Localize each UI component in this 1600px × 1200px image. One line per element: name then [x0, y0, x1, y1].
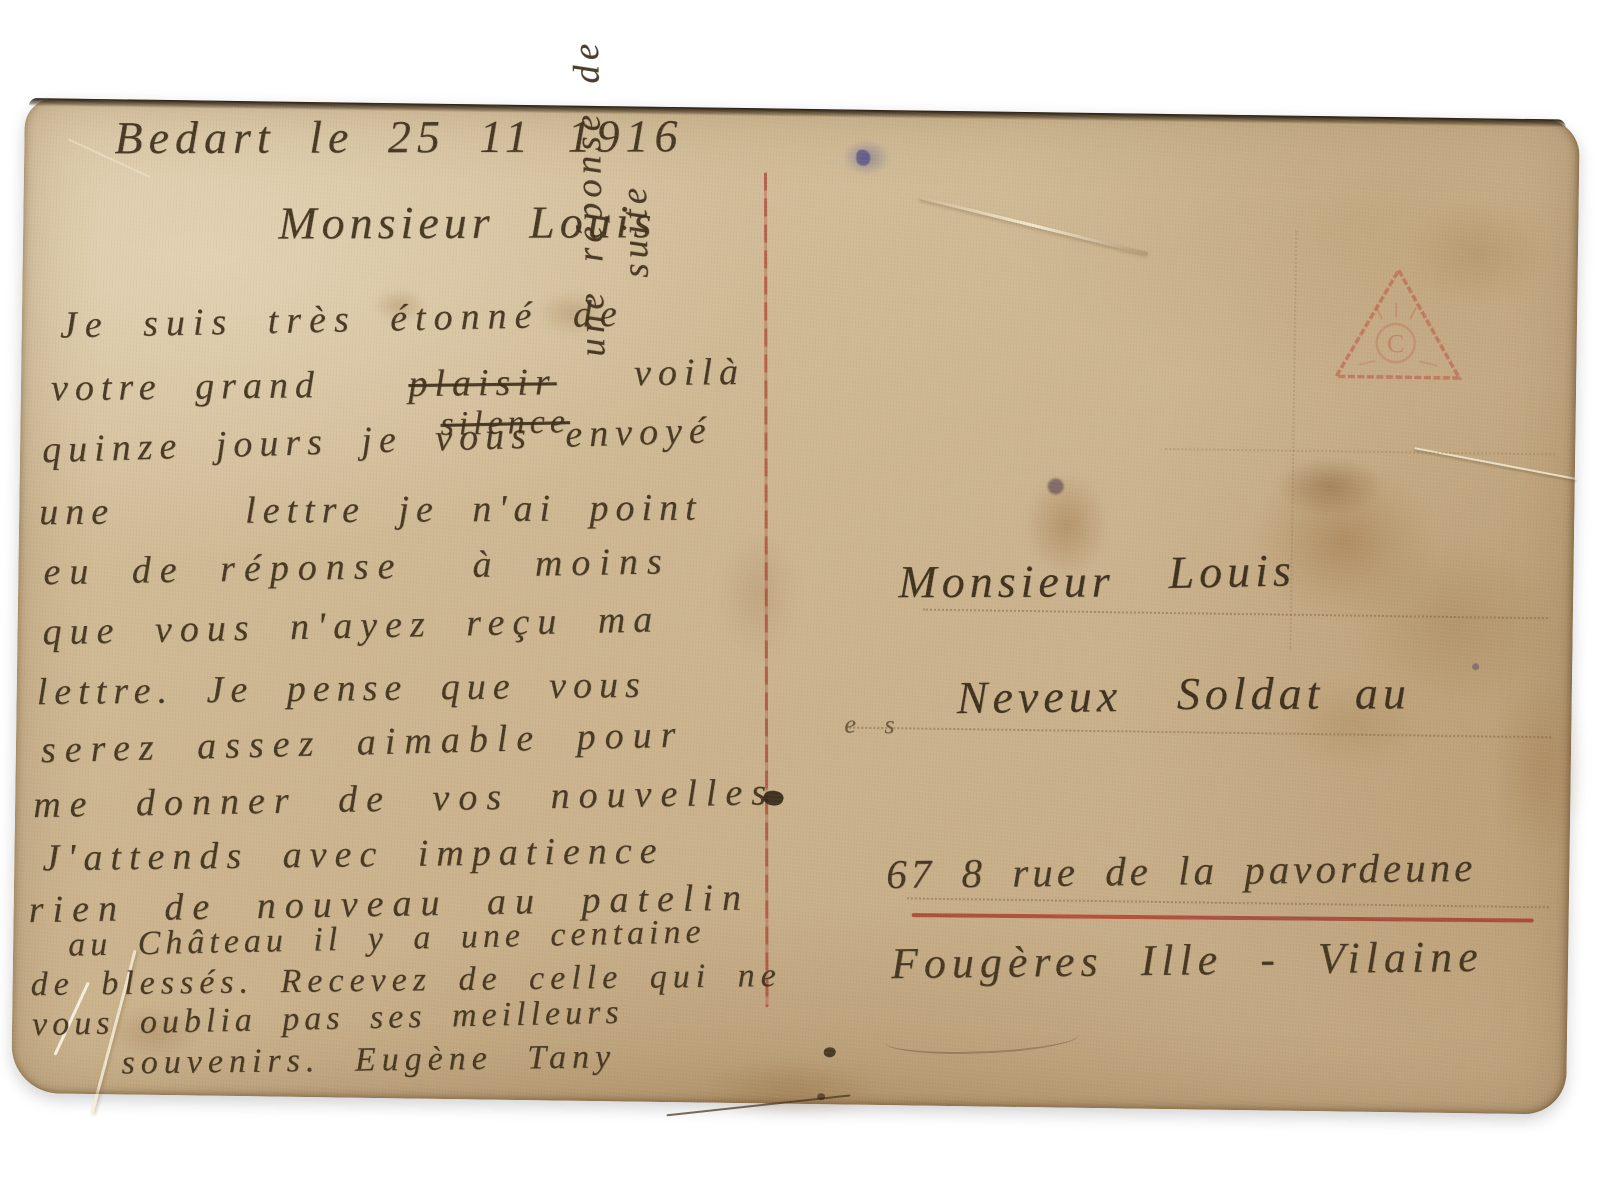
message-line: me donner de vos nouvelles	[33, 770, 776, 827]
ink-speck	[817, 1093, 825, 1100]
blue-ink-smudge-core	[856, 150, 870, 166]
address-dotted-line	[907, 897, 1549, 908]
ink-speck	[1472, 663, 1479, 670]
message-line: eu de réponse à moins	[43, 539, 671, 594]
message-line: J'attends avec impatience	[42, 829, 665, 881]
censor-stamp-icon: C	[1329, 264, 1467, 386]
message-line: Je suis très étonné de	[59, 292, 625, 348]
address-street: 67 8 rue de la pavordeune	[886, 843, 1477, 898]
address-dotted-line	[1165, 448, 1555, 455]
stain	[1248, 460, 1440, 623]
message-line: que vous n'ayez reçu ma	[42, 597, 661, 654]
address-recipient-title: Monsieur	[898, 554, 1115, 608]
address-dotted-line	[846, 727, 1551, 739]
stain	[1274, 455, 1385, 517]
address-dotted-line	[923, 609, 1548, 620]
message-line: quinze jours je vous envoyé	[41, 408, 713, 472]
stamp-letter: C	[1387, 329, 1405, 358]
pencil-arc	[883, 1020, 1079, 1057]
message-line: de blessés. Recevez de celle qui ne	[30, 957, 782, 1004]
postcard: Bedart le 25 11 1916 Monsieur Louis Je s…	[11, 98, 1580, 1115]
crease	[919, 196, 1148, 255]
stain	[1048, 478, 1064, 494]
message-line: lettre. Je pense que vous	[36, 663, 647, 714]
vertical-note-line: suite	[607, 0, 658, 278]
message-line signature: souvenirs. Eugène Tany	[121, 1038, 616, 1082]
stain	[701, 1058, 882, 1121]
message-line-text: votre grand	[51, 364, 321, 409]
struck-word: plaisir	[408, 361, 557, 405]
vertical-note-line: une réponse de	[562, 0, 614, 357]
ink-speck	[824, 1047, 836, 1057]
address-recipient-name: Louis	[1168, 543, 1296, 599]
signature-underline	[666, 1094, 850, 1116]
stain	[717, 528, 799, 659]
message-line-text: voilà	[634, 351, 745, 394]
blue-ink-smudge	[842, 139, 890, 176]
address-city: Fougères Ille - Vilaine	[891, 931, 1484, 989]
divider-line	[764, 172, 768, 1007]
message-line: une lettre je n'ai point	[39, 486, 703, 535]
message-line: votre grand plaisir voilà	[51, 358, 746, 410]
address-line2-left: Neveux	[956, 669, 1122, 724]
address-line2-right: Soldat au	[1177, 666, 1411, 720]
margin-marks: e s	[844, 710, 900, 741]
address-red-underline	[912, 913, 1534, 922]
scanned-postcard-page: Bedart le 25 11 1916 Monsieur Louis Je s…	[0, 0, 1600, 1200]
stain	[1495, 679, 1588, 860]
message-line: serez assez aimable pour	[40, 713, 685, 773]
vertical-note: une réponse de suite	[562, 0, 661, 357]
